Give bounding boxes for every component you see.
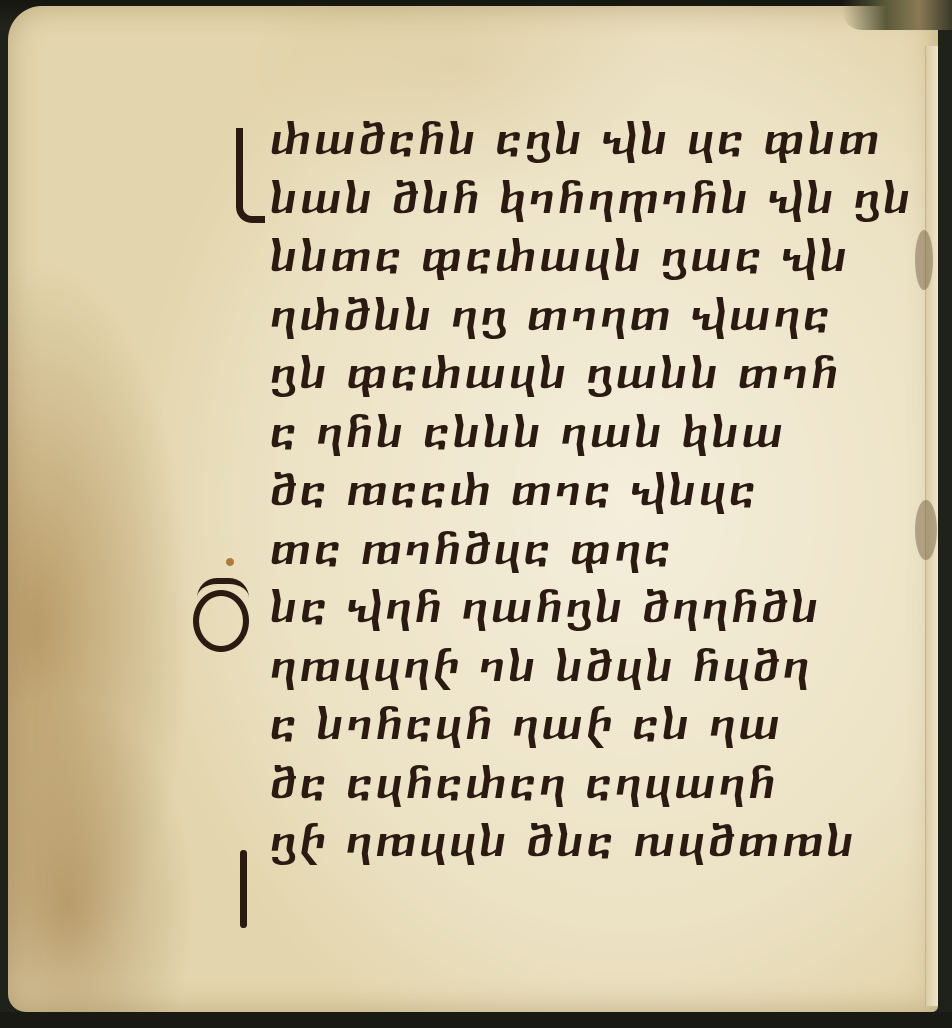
ink-spot	[226, 558, 234, 566]
fabric-corner	[842, 0, 952, 30]
text-line: ⴑⴑⴇⴀ ⴔⴀⴐⴍⴗⴑ ⴂⴍⴀ ⴏⴑ	[240, 229, 840, 288]
photo-background-bottom	[0, 1012, 952, 1028]
text-line: ⴄⴐⴋⴑⴑ ⴄⴂ ⴇⴈⴄⴇ ⴏⴍⴄⴀ	[240, 288, 840, 347]
text-line: ⴂⴡ ⴄⴊⴗⴗⴑ ⴋⴑⴀ ⴠⴗⴋⴇⴊⴑ	[240, 814, 840, 873]
manuscript-text: ⴐⴍⴋⴀⴌⴑ ⴀⴂⴑ ⴏⴑ ⴗⴀ ⴔⴑⴇ ⴑⴍⴑ ⴋⴑⴌ ⴉⴈⴌⴄⴅⴈⴌⴑ ⴏⴑ…	[240, 112, 840, 873]
text-line: ⴐⴍⴋⴀⴌⴑ ⴀⴂⴑ ⴏⴑ ⴗⴀ ⴔⴑⴇ	[240, 112, 840, 171]
text-line: ⴋⴀ ⴊⴀⴀⴐ ⴇⴈⴀ ⴏⴑⴗⴀ	[240, 463, 840, 522]
text-line: ⴑⴍⴑ ⴋⴑⴌ ⴉⴈⴌⴄⴅⴈⴌⴑ ⴏⴑ ⴂⴑ	[240, 171, 840, 230]
text-line: ⴇⴀ ⴊⴈⴌⴋⴗⴀ ⴔⴄⴀ	[240, 522, 840, 581]
edge-damage	[915, 500, 937, 560]
text-line: ⴂⴑ ⴔⴀⴐⴍⴗⴑ ⴂⴍⴑⴑ ⴇⴈⴌ	[240, 346, 840, 405]
text-line: ⴄⴊⴗⴗⴄⴡ ⴈⴑ ⴑⴋⴗⴑ ⴌⴗⴋⴄ	[240, 639, 840, 698]
edge-damage	[915, 230, 933, 290]
text-line: ⴑⴀ ⴏⴄⴌ ⴄⴍⴌⴂⴑ ⴋⴄⴄⴌⴋⴑ	[240, 580, 840, 639]
text-line: ⴀ ⴄⴌⴑ ⴀⴑⴑⴑ ⴄⴍⴑ ⴉⴑⴍ	[240, 405, 840, 464]
text-line: ⴋⴀ ⴀⴗⴌⴀⴐⴀⴄ ⴀⴄⴗⴍⴄⴌ	[240, 756, 840, 815]
text-line: ⴀ ⴑⴈⴌⴀⴗⴌ ⴄⴍⴡ ⴀⴑ ⴄⴍ	[240, 697, 840, 756]
